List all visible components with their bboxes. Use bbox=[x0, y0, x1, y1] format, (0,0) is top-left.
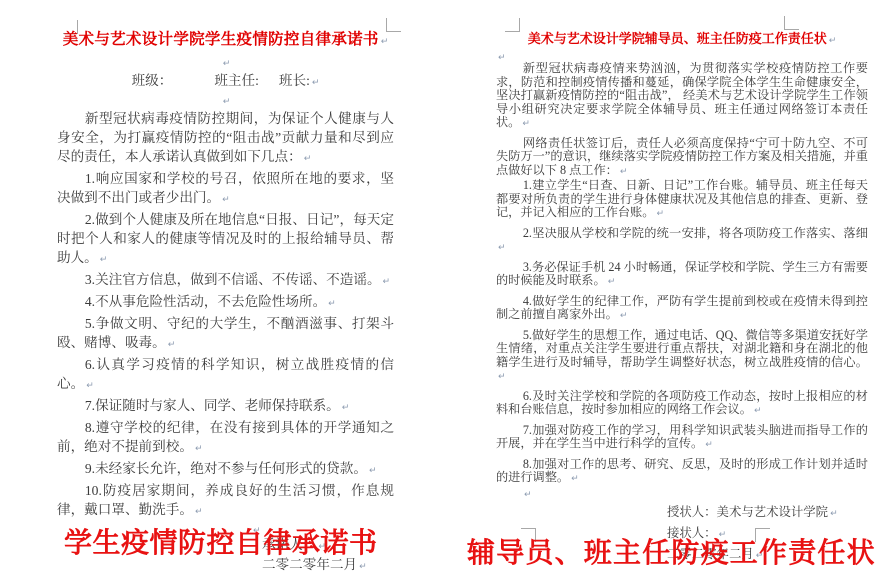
paragraph-mark-icon: ↵ bbox=[656, 209, 664, 219]
paragraph-mark-icon: ↵ bbox=[754, 406, 762, 416]
paragraph-mark-icon: ↵ bbox=[328, 299, 336, 309]
left-doc-item-text: 6.认真学习疫情的科学知识，树立战胜疫情的信心。 bbox=[57, 357, 394, 391]
right-doc-item-text: 8.加强对工作的思考、研究、反思，及时的形成工作计划并适时的进行调整。 bbox=[496, 457, 868, 485]
left-doc-item-list: 1.响应国家和学校的号召，依照所在地的要求，坚决做到不出门或者少出门。↵ 2.做… bbox=[57, 169, 394, 522]
left-doc-title: 美术与艺术设计学院学生疫情防控自律承诺书↵ bbox=[57, 30, 394, 52]
paragraph-mark-icon: ↵ bbox=[223, 97, 231, 107]
left-doc-title-text: 美术与艺术设计学院学生疫情防控自律承诺书 bbox=[63, 31, 379, 48]
right-doc-item: 3.务必保证手机 24 小时畅通，保证学校和学院、学生三方有需要的时候能及时联系… bbox=[496, 261, 868, 290]
right-doc-paragraph: 网络责任状签订后，责任人必须高度保持“宁可十防九空、不可失防万一”的意识，继续落… bbox=[496, 137, 868, 180]
right-doc-title: 美术与艺术设计学院辅导员、班主任防疫工作责任状↵ bbox=[496, 30, 868, 50]
right-caption: 辅导员、班主任防疫工作责任状 bbox=[467, 537, 876, 571]
left-doc-item: 9.未经家长允许，绝对不参与任何形式的贷款。↵ bbox=[57, 459, 394, 481]
right-doc-paragraph: 新型冠状病毒疫情来势汹汹，为贯彻落实学校疫情防控工作要求，防范和控制疫情传播和蔓… bbox=[496, 62, 868, 132]
paragraph-mark-icon: ↵ bbox=[195, 444, 203, 454]
left-doc-item-text: 7.保证随时与家人、同学、老师保持联系。 bbox=[85, 398, 340, 413]
class-field-label: 班级： bbox=[132, 71, 173, 90]
right-document-page: 美术与艺术设计学院辅导员、班主任防疫工作责任状↵ ↵ 新型冠状病毒疫情来势汹汹，… bbox=[496, 16, 868, 566]
right-doc-item: 2.坚决服从学校和学院的统一安排，将各项防疫工作落实、落细↵ bbox=[496, 227, 868, 256]
paragraph-mark-icon: ↵ bbox=[312, 74, 320, 93]
right-doc-item-text: 5.做好学生的思想工作，通过电话、QQ、微信等多渠道安抚好学生情绪，对重点关注学… bbox=[496, 328, 868, 369]
left-doc-intro-paragraph: 新型冠状病毒疫情防控期间，为保证个人健康与人身安全，为打赢疫情防控的“阻击战”贡… bbox=[57, 109, 394, 169]
right-doc-paragraphs: 新型冠状病毒疫情来势汹汹，为贯彻落实学校疫情防控工作要求，防范和控制疫情传播和蔓… bbox=[496, 62, 868, 179]
paragraph-mark-icon: ↵ bbox=[498, 243, 506, 253]
right-doc-item-list: 1.建立学生“日查、日新、日记”工作台账。辅导员、班主任每天都要对所负责的学生进… bbox=[496, 179, 868, 487]
right-doc-item: 1.建立学生“日查、日新、日记”工作台账。辅导员、班主任每天都要对所负责的学生进… bbox=[496, 179, 868, 222]
right-doc-paragraph-text: 新型冠状病毒疫情来势汹汹，为贯彻落实学校疫情防控工作要求，防范和控制疫情传播和蔓… bbox=[496, 61, 868, 129]
left-doc-item-text: 4.不从事危险性活动，不去危险性场所。 bbox=[85, 294, 326, 309]
right-doc-item: 8.加强对工作的思考、研究、反思，及时的形成工作计划并适时的进行调整。↵ bbox=[496, 458, 868, 487]
left-doc-item-text: 9.未经家长允许，绝对不参与任何形式的贷款。 bbox=[85, 461, 367, 476]
right-doc-item: 5.做好学生的思想工作，通过电话、QQ、微信等多渠道安抚好学生情绪，对重点关注学… bbox=[496, 329, 868, 385]
paragraph-mark-icon: ↵ bbox=[223, 59, 231, 69]
head-teacher-field-label: 班主任: bbox=[214, 71, 259, 90]
paragraph-mark-icon: ↵ bbox=[383, 277, 391, 287]
paragraph-mark-icon: ↵ bbox=[359, 562, 367, 572]
left-doc-item-text: 10.防疫居家期间，养成良好的生活习惯，作息规律，戴口罩、勤洗手。 bbox=[57, 483, 394, 517]
left-doc-item-text: 8.遵守学校的纪律，在没有接到具体的开学通知之前，绝对不提前到校。 bbox=[57, 420, 394, 454]
paragraph-mark-icon: ↵ bbox=[830, 509, 838, 519]
paragraph-mark-icon: ↵ bbox=[342, 403, 350, 413]
left-doc-item: 4.不从事危险性活动，不去危险性场所。↵ bbox=[57, 292, 394, 314]
left-doc-item: 8.遵守学校的纪律，在没有接到具体的开学通知之前，绝对不提前到校。↵ bbox=[57, 418, 394, 459]
right-doc-title-text: 美术与艺术设计学院辅导员、班主任防疫工作责任状 bbox=[528, 31, 827, 46]
paragraph-mark-icon: ↵ bbox=[195, 507, 203, 517]
paragraph-mark-icon: ↵ bbox=[86, 381, 94, 391]
right-doc-item-text: 4.做好学生的纪律工作，严防有学生提前到校或在疫情未得到控制之前擅自离家外出。 bbox=[496, 294, 868, 322]
document-canvas: 美术与艺术设计学院学生疫情防控自律承诺书↵ ↵ 班级： 班主任: 班长:↵ ↵ … bbox=[0, 0, 886, 578]
right-doc-paragraph-text: 网络责任状签订后，责任人必须高度保持“宁可十防九空、不可失防万一”的意识，继续落… bbox=[496, 136, 868, 177]
left-doc-item: 2.做到个人健康及所在地信息“日报、日记”，每天定时把个人和家人的健康等情况及时… bbox=[57, 210, 394, 270]
paragraph-mark-icon: ↵ bbox=[498, 53, 506, 63]
paragraph-mark-icon: ↵ bbox=[369, 466, 377, 476]
paragraph-mark-icon: ↵ bbox=[100, 255, 108, 265]
paragraph-mark-icon: ↵ bbox=[168, 340, 176, 350]
paragraph-mark-icon: ↵ bbox=[381, 37, 389, 47]
right-doc-item-text: 3.务必保证手机 24 小时畅通，保证学校和学院、学生三方有需要的时候能及时联系… bbox=[496, 260, 868, 288]
left-doc-fields-row: 班级： 班主任: 班长:↵ bbox=[57, 71, 394, 90]
left-doc-item-text: 5.争做文明、守纪的大学生，不酗酒滋事、打架斗殴、赌博、吸毒。 bbox=[57, 316, 394, 350]
right-doc-item-text: 6.及时关注学校和学院的各项防疫工作动态，按时上报相应的材料和台账信息，按时参加… bbox=[496, 389, 868, 417]
empty-line: ↵ bbox=[57, 90, 394, 109]
paragraph-mark-icon: ↵ bbox=[620, 311, 628, 321]
paragraph-mark-icon: ↵ bbox=[522, 119, 530, 129]
left-doc-item: 1.响应国家和学校的号召，依照所在地的要求，坚决做到不出门或者少出门。↵ bbox=[57, 169, 394, 210]
paragraph-mark-icon: ↵ bbox=[608, 277, 616, 287]
left-doc-item-text: 3.关注官方信息，做到不信谣、不传谣、不造谣。 bbox=[85, 272, 381, 287]
left-doc-item: 3.关注官方信息，做到不信谣、不传谣、不造谣。↵ bbox=[57, 270, 394, 292]
left-doc-item: 7.保证随时与家人、同学、老师保持联系。↵ bbox=[57, 396, 394, 418]
paragraph-mark-icon: ↵ bbox=[304, 154, 312, 164]
paragraph-mark-icon: ↵ bbox=[571, 474, 579, 484]
right-doc-item-text: 1.建立学生“日查、日新、日记”工作台账。辅导员、班主任每天都要对所负责的学生进… bbox=[496, 178, 868, 219]
issuer-line: 授状人：美术与艺术设计学院↵ bbox=[667, 503, 868, 524]
left-doc-item: 10.防疫居家期间，养成良好的生活习惯，作息规律，戴口罩、勤洗手。↵ bbox=[57, 481, 394, 522]
left-doc-item: 6.认真学习疫情的科学知识，树立战胜疫情的信心。↵ bbox=[57, 355, 394, 396]
paragraph-mark-icon: ↵ bbox=[620, 167, 628, 177]
paragraph-mark-icon: ↵ bbox=[705, 440, 713, 450]
paragraph-mark-icon: ↵ bbox=[498, 372, 506, 382]
empty-line: ↵ bbox=[496, 487, 868, 499]
paragraph-mark-icon: ↵ bbox=[524, 490, 532, 500]
left-doc-item-text: 2.做到个人健康及所在地信息“日报、日记”，每天定时把个人和家人的健康等情况及时… bbox=[57, 212, 394, 265]
empty-line: ↵ bbox=[57, 52, 394, 71]
paragraph-mark-icon: ↵ bbox=[222, 195, 230, 205]
left-caption: 学生疫情防控自律承诺书 bbox=[64, 527, 378, 561]
right-doc-item: 7.加强对防疫工作的学习，用科学知识武装头脑进而指导工作的开展，并在学生当中进行… bbox=[496, 424, 868, 453]
right-doc-item: 6.及时关注学校和学院的各项防疫工作动态，按时上报相应的材料和台账信息，按时参加… bbox=[496, 390, 868, 419]
left-document-page: 美术与艺术设计学院学生疫情防控自律承诺书↵ ↵ 班级： 班主任: 班长:↵ ↵ … bbox=[57, 16, 394, 576]
monitor-field-label: 班长: bbox=[279, 71, 310, 90]
right-doc-item-text: 2.坚决服从学校和学院的统一安排，将各项防疫工作落实、落细 bbox=[523, 226, 868, 240]
right-doc-item: 4.做好学生的纪律工作，严防有学生提前到校或在疫情未得到控制之前擅自离家外出。↵ bbox=[496, 295, 868, 324]
issuer-text: 授状人：美术与艺术设计学院 bbox=[667, 505, 828, 519]
right-doc-item-text: 7.加强对防疫工作的学习，用科学知识武装头脑进而指导工作的开展，并在学生当中进行… bbox=[496, 423, 868, 451]
left-doc-item: 5.争做文明、守纪的大学生，不酗酒滋事、打架斗殴、赌博、吸毒。↵ bbox=[57, 314, 394, 355]
paragraph-mark-icon: ↵ bbox=[829, 36, 837, 46]
left-doc-intro-text: 新型冠状病毒疫情防控期间，为保证个人健康与人身安全，为打赢疫情防控的“阻击战”贡… bbox=[57, 111, 394, 164]
